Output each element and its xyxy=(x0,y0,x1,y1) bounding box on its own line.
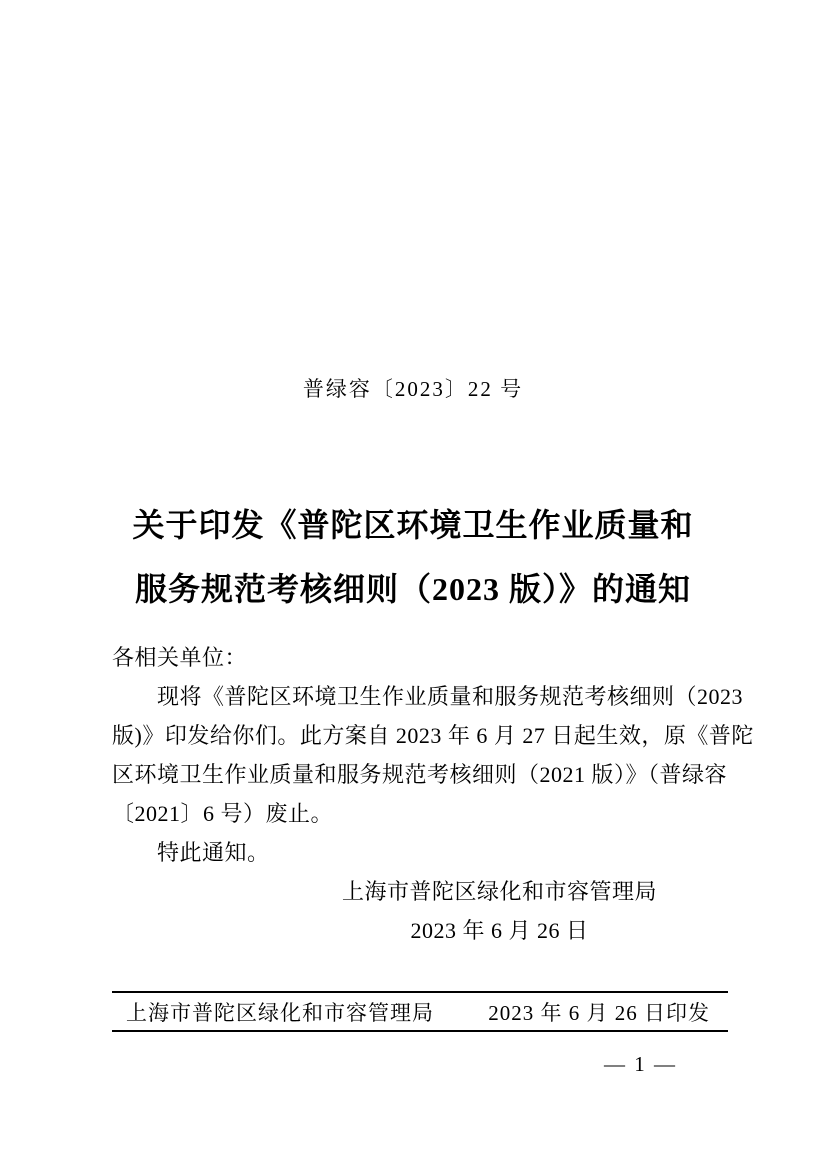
body-line: 〔2021〕6 号）废止。 xyxy=(112,794,728,833)
closing-line: 特此通知。 xyxy=(112,833,728,872)
document-title: 关于印发《普陀区环境卫生作业质量和 服务规范考核细则（2023 版）》的通知 xyxy=(0,493,826,621)
signature-block: 上海市普陀区绿化和市容管理局 2023 年 6 月 26 日 xyxy=(342,872,657,950)
body-text: 各相关单位： 现将《普陀区环境卫生作业质量和服务规范考核细则（2023 版)》印… xyxy=(112,638,728,950)
footer-issuer: 上海市普陀区绿化和市容管理局 xyxy=(126,997,434,1027)
doc-number: 普绿容〔2023〕22 号 xyxy=(0,376,826,402)
footer-imprint: 上海市普陀区绿化和市容管理局 2023 年 6 月 26 日印发 xyxy=(112,991,728,1032)
title-line-1: 关于印发《普陀区环境卫生作业质量和 xyxy=(0,493,826,557)
body-line: 区环境卫生作业质量和服务规范考核细则（2021 版）》（普绿容 xyxy=(112,755,728,794)
signature-date: 2023 年 6 月 26 日 xyxy=(342,911,657,950)
body-line: 版)》印发给你们。此方案自 2023 年 6 月 27 日起生效，原《普陀 xyxy=(112,716,728,755)
page-number: — 1 — xyxy=(604,1051,677,1077)
document-page: 普绿容〔2023〕22 号 关于印发《普陀区环境卫生作业质量和 服务规范考核细则… xyxy=(0,0,826,1169)
salutation-line: 各相关单位： xyxy=(112,638,728,677)
footer-print-date: 2023 年 6 月 26 日印发 xyxy=(488,997,710,1027)
body-line: 现将《普陀区环境卫生作业质量和服务规范考核细则（2023 xyxy=(112,677,728,716)
signature-organization: 上海市普陀区绿化和市容管理局 xyxy=(342,872,657,911)
title-line-2: 服务规范考核细则（2023 版）》的通知 xyxy=(0,557,826,621)
